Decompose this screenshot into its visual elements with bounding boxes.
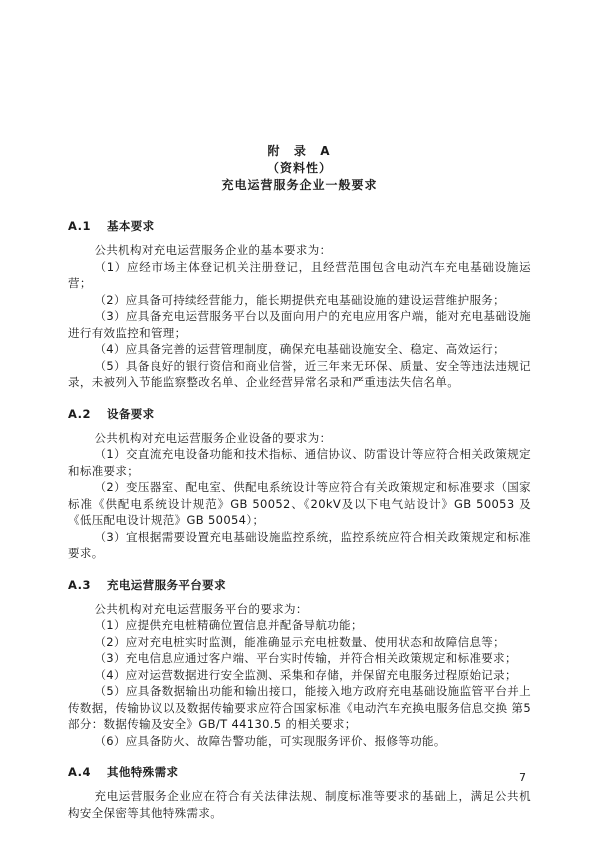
sections-container: A.1基本要求公共机构对充电运营服务企业的基本要求为：（1）应经市场主体登记机关…	[68, 218, 531, 821]
paragraph: （5）应具备数据输出功能和输出接口，能接入地方政府充电基础设施监管平台并上传数据…	[68, 683, 531, 733]
appendix-label: 附 录 A	[68, 143, 531, 160]
section-label: A.4	[68, 764, 91, 780]
paragraph: （4）应具备完善的运营管理制度，确保充电基础设施安全、稳定、高效运行；	[68, 341, 531, 358]
page-number: 7	[519, 771, 526, 784]
paragraph: 公共机构对充电运营服务企业的基本要求为：	[68, 242, 531, 259]
paragraph: （1）交直流充电设备功能和技术指标、通信协议、防雷设计等应符合相关政策规定和标准…	[68, 446, 531, 479]
section-heading-a-4: A.4其他特殊需求	[68, 764, 531, 780]
section-title: 充电运营服务平台要求	[107, 577, 226, 593]
appendix-main-title: 充电运营服务企业一般要求	[68, 177, 531, 194]
paragraph: （2）应对充电桩实时监测，能准确显示充电桩数量、使用状态和故障信息等；	[68, 634, 531, 651]
paragraph: （3）充电信息应通过客户端、平台实时传输，并符合相关政策规定和标准要求；	[68, 650, 531, 667]
section-heading-a-3: A.3充电运营服务平台要求	[68, 577, 531, 593]
section-title: 基本要求	[107, 218, 155, 234]
paragraph: 公共机构对充电运营服务企业设备的要求为：	[68, 430, 531, 447]
paragraph: （3）宜根据需要设置充电基础设施监控系统，监控系统应符合相关政策规定和标准要求。	[68, 529, 531, 562]
appendix-title-block: 附 录 A （资料性） 充电运营服务企业一般要求	[68, 143, 531, 194]
paragraph: （6）应具备防火、故障告警功能，可实现服务评价、报修等功能。	[68, 733, 531, 750]
section-label: A.2	[68, 406, 91, 422]
paragraph: 公共机构对充电运营服务平台的要求为：	[68, 601, 531, 618]
paragraph: 充电运营服务企业应在符合有关法律法规、制度标准等要求的基础上，满足公共机构安全保…	[68, 788, 531, 821]
section-heading-a-2: A.2设备要求	[68, 406, 531, 422]
document-content: 附 录 A （资料性） 充电运营服务企业一般要求 A.1基本要求公共机构对充电运…	[68, 143, 531, 842]
paragraph: （1）应经市场主体登记机关注册登记，且经营范围包含电动汽车充电基础设施运营；	[68, 259, 531, 292]
paragraph: （3）应具备充电运营服务平台以及面向用户的充电应用客户端，能对充电基础设施进行有…	[68, 308, 531, 341]
section-label: A.1	[68, 218, 91, 234]
section-title: 设备要求	[107, 406, 155, 422]
paragraph: （5）具备良好的银行资信和商业信誉，近三年来无环保、质量、安全等违法违规记录，未…	[68, 358, 531, 391]
paragraph: （2）应具备可持续经营能力，能长期提供充电基础设施的建设运营维护服务；	[68, 292, 531, 309]
section-title: 其他特殊需求	[107, 764, 178, 780]
document-page: 附 录 A （资料性） 充电运营服务企业一般要求 A.1基本要求公共机构对充电运…	[0, 0, 596, 842]
paragraph: （1）应提供充电桩精确位置信息并配备导航功能；	[68, 617, 531, 634]
section-heading-a-1: A.1基本要求	[68, 218, 531, 234]
paragraph: （2）变压器室、配电室、供配电系统设计等应符合有关政策规定和标准要求（国家标准《…	[68, 479, 531, 529]
appendix-subtitle: （资料性）	[68, 160, 531, 177]
paragraph: （4）应对运营数据进行安全监测、采集和存储，并保留充电服务过程原始记录；	[68, 667, 531, 684]
section-label: A.3	[68, 577, 91, 593]
